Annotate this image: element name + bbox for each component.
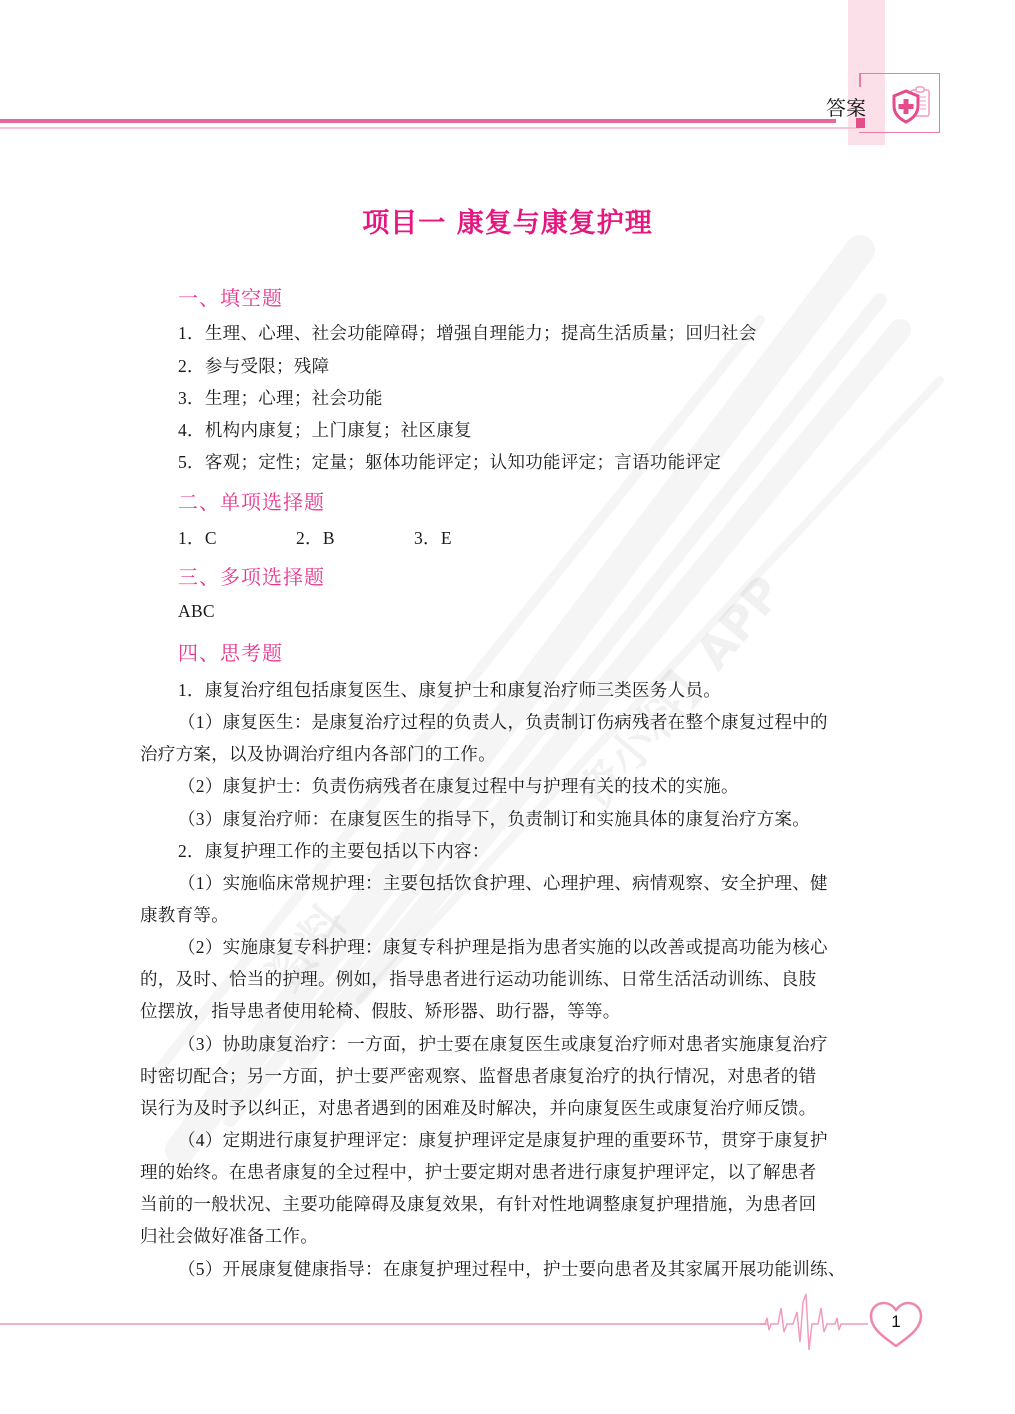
section-heading-single-choice: 二、单项选择题 — [178, 486, 325, 515]
paragraph-line: 当前的一般状况、主要功能障碍及康复效果，有针对性地调整康复护理措施，为患者回 — [140, 1191, 816, 1216]
paragraph-line: （5）开展康复健康指导：在康复护理过程中，护士要向患者及其家属开展功能训练、 — [178, 1256, 846, 1281]
header-label: 答案 — [826, 92, 866, 121]
answer-line: 5．客观；定性；定量；躯体功能评定；认知功能评定；言语功能评定 — [178, 449, 721, 474]
answer-item: 1．C — [178, 525, 217, 550]
paragraph-line: 时密切配合；另一方面，护士要严密观察、监督患者康复治疗的执行情况，对患者的错 — [140, 1063, 816, 1088]
header-rule-thick — [0, 119, 836, 123]
answer-line: 3．生理；心理；社会功能 — [178, 385, 383, 410]
paragraph-line: （2）康复护士：负责伤病残者在康复过程中与护理有关的技术的实施。 — [178, 773, 739, 798]
answer-line: 2．参与受限；残障 — [178, 353, 329, 378]
paragraph-line: 康教育等。 — [140, 902, 229, 927]
paragraph-line: （3）协助康复治疗：一方面，护士要在康复医生或康复治疗师对患者实施康复治疗 — [178, 1031, 828, 1056]
paragraph-line: 2．康复护理工作的主要包括以下内容： — [178, 838, 490, 863]
medical-shield-clipboard-icon — [889, 82, 935, 128]
paragraph-line: 误行为及时予以纠正，对患者遇到的困难及时解决，并向康复医生或康复治疗师反馈。 — [140, 1095, 816, 1120]
paragraph-line: 的，及时、恰当的护理。例如，指导患者进行运动功能训练、日常生活活动训练、良肢 — [140, 966, 816, 991]
answer-item: 2．B — [296, 525, 335, 550]
page-number: 1 — [868, 1312, 924, 1332]
answer-line: 4．机构内康复；上门康复；社区康复 — [178, 417, 472, 442]
paragraph-line: （4）定期进行康复护理评定：康复护理评定是康复护理的重要环节，贯穿于康复护 — [178, 1127, 828, 1152]
answer-line: 1．生理、心理、社会功能障碍；增强自理能力；提高生活质量；回归社会 — [178, 320, 757, 345]
footer-rule — [0, 1323, 768, 1325]
section-heading-fill-blank: 一、填空题 — [178, 282, 283, 311]
paragraph-line: 归社会做好准备工作。 — [140, 1223, 318, 1248]
paragraph-line: （3）康复治疗师：在康复医生的指导下，负责制订和实施具体的康复治疗方案。 — [178, 806, 810, 831]
ecg-line-icon — [760, 1290, 880, 1354]
paragraph-line: （1）康复医生：是康复治疗过程的负责人，负责制订伤病残者在整个康复过程中的 — [178, 709, 828, 734]
paragraph-line: 1．康复治疗组包括康复医生、康复护士和康复治疗师三类医务人员。 — [178, 677, 721, 702]
section-heading-multi-choice: 三、多项选择题 — [178, 561, 325, 590]
answer-item: 3．E — [414, 525, 452, 550]
header-icon-frame-tick — [859, 73, 861, 87]
paragraph-line: 治疗方案，以及协调治疗组内各部门的工作。 — [140, 741, 496, 766]
paragraph-line: 理的始终。在患者康复的全过程中，护士要定期对患者进行康复护理评定，以了解患者 — [140, 1159, 816, 1184]
paragraph-line: （1）实施临床常规护理：主要包括饮食护理、心理护理、病情观察、安全护理、健 — [178, 870, 828, 895]
header-rule-thin — [0, 127, 860, 129]
section-heading-thinking: 四、思考题 — [178, 637, 283, 666]
answer-item: ABC — [178, 601, 215, 622]
paragraph-line: 位摆放，指导患者使用轮椅、假肢、矫形器、助行器，等等。 — [140, 998, 621, 1023]
page-title: 项目一 康复与康复护理 — [0, 201, 1015, 240]
paragraph-line: （2）实施康复专科护理：康复专科护理是指为患者实施的以改善或提高功能为核心 — [178, 934, 828, 959]
